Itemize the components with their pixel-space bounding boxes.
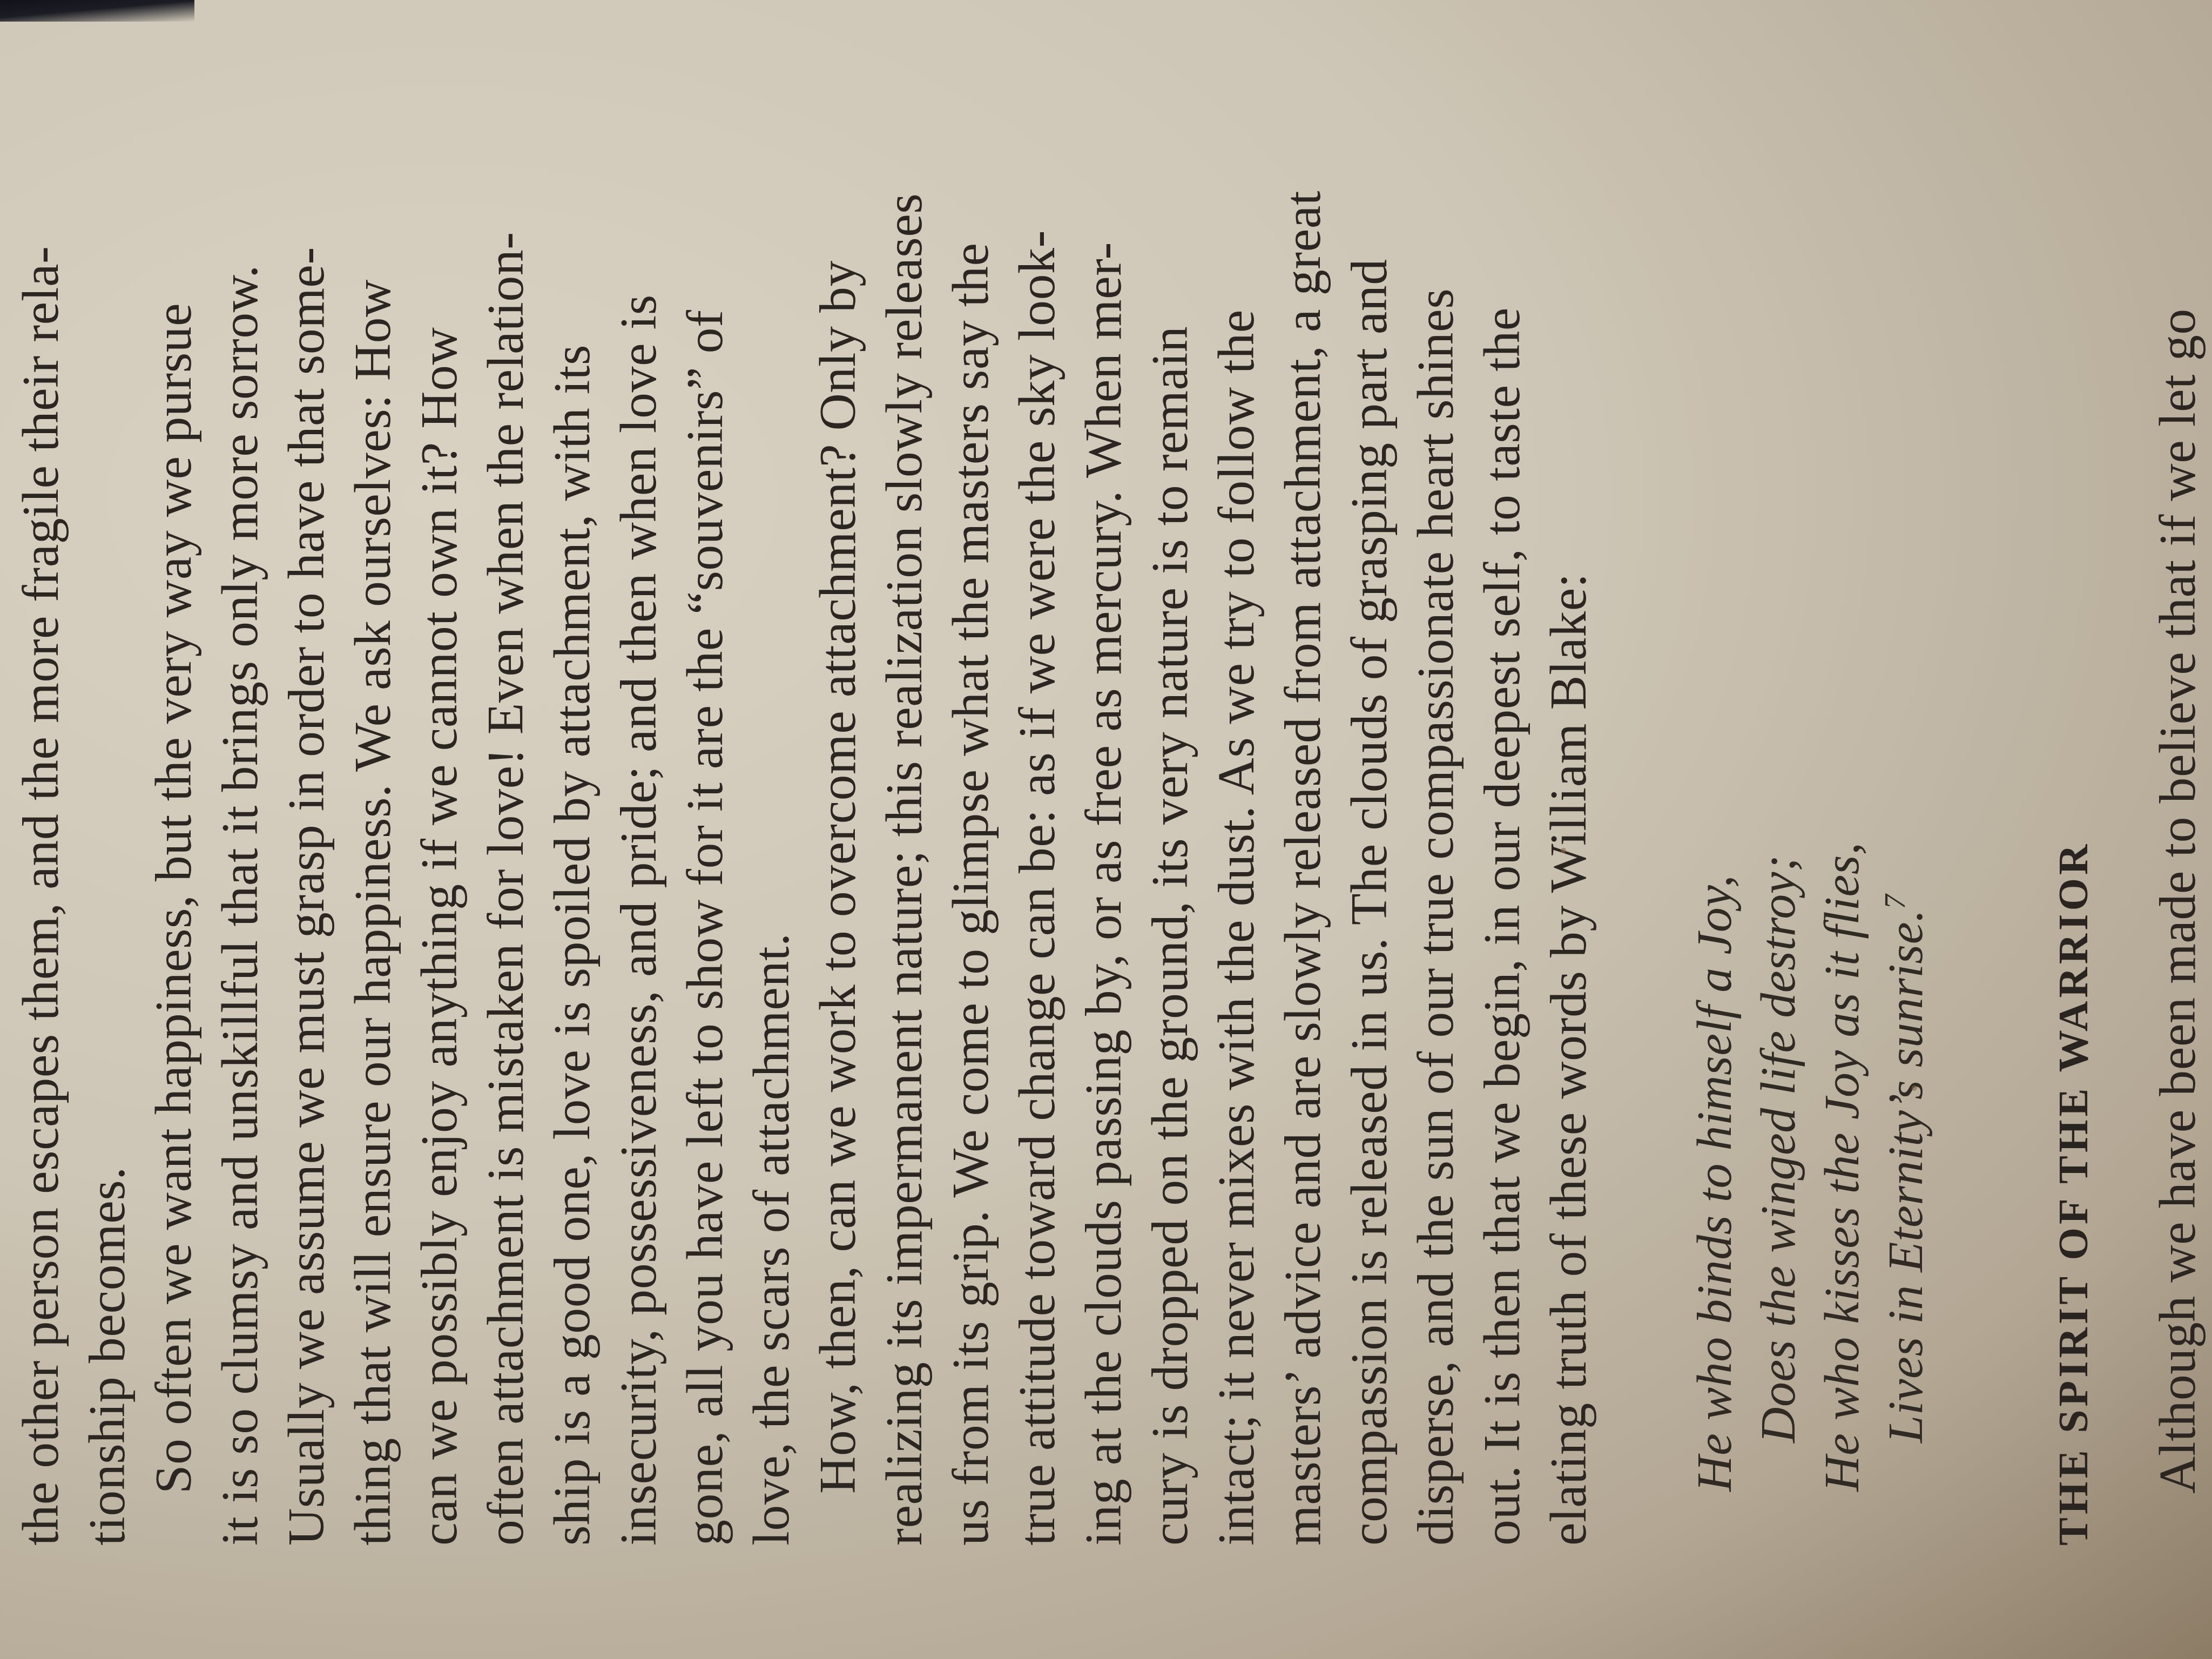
poem-line: Does the winged life destroy; [1746,77,1810,1492]
text-line: cury is dropped on the ground, its very … [1136,77,1203,1546]
text-line: often attachment is mistaken for love! E… [472,77,538,1546]
text-line: can we possibly enjoy anything if we can… [406,77,472,1546]
text-line: it is so clumsy and unskillful that it b… [206,77,273,1546]
text-line: How, then, can we work to overcome attac… [804,77,871,1546]
section-heading: THE SPIRIT OF THE WARRIOR [2040,77,2106,1546]
text-line: masters’ advice and are slowly released … [1269,77,1336,1546]
text-line: So often we want happiness, but the very… [140,77,206,1546]
text-line: ing at the clouds passing by, or as free… [1070,77,1136,1546]
book-page: more the other person escapes them, and … [0,0,2212,1659]
page-text: more the other person escapes them, and … [0,77,2212,1546]
text-line: us from its grip. We come to glimpse wha… [937,77,1003,1546]
text-line: insecurity, possessiveness, and pride; a… [605,77,671,1546]
text-line: elating truth of these words by William … [1535,77,1601,1546]
text-line: intact; it never mixes with the dust. As… [1203,77,1269,1546]
text-line: ship is a good one, love is spoiled by a… [538,77,605,1546]
section-paragraph: Although we have been made to believe th… [2144,77,2212,1546]
text-line: compassion is released in us. The clouds… [1336,77,1402,1546]
poem-line: He who binds to himself a Joy, [1682,77,1746,1492]
text-line: the other person escapes them, and the m… [7,77,73,1546]
paper-speck [1561,848,1566,853]
text-line: love, the scars of attachment. [738,77,804,1546]
paragraph-1: the other person escapes them, and the m… [7,77,140,1546]
text-line: thing that will ensure our happiness. We… [339,77,406,1546]
poem-line: He who kisses the Joy as it flies, [1810,77,1873,1492]
poem-line: Lives in Eternity’s sunrise.7 [1873,77,1937,1492]
text-line: disperse, and the sun of our true compas… [1402,77,1468,1546]
text-line: realizing its impermanent nature; this r… [871,77,937,1546]
text-line: true attitude toward change can be: as i… [1003,77,1070,1546]
partial-top-line: more [0,77,7,1546]
paper-speck [1912,1085,1917,1091]
text-line: gone, all you have left to show for it a… [671,77,738,1546]
paragraph-3: How, then, can we work to overcome attac… [804,77,1601,1546]
footnote-marker: 7 [1878,894,1911,909]
text-line: tionship becomes. [73,77,140,1546]
paragraph-2: So often we want happiness, but the very… [140,77,804,1546]
blake-poem: He who binds to himself a Joy, Does the … [1682,77,1937,1492]
text-line: Although we have been made to believe th… [2144,77,2210,1546]
text-line: Usually we assume we must grasp in order… [273,77,339,1546]
text-line: out. It is then that we begin, in our de… [1468,77,1535,1546]
